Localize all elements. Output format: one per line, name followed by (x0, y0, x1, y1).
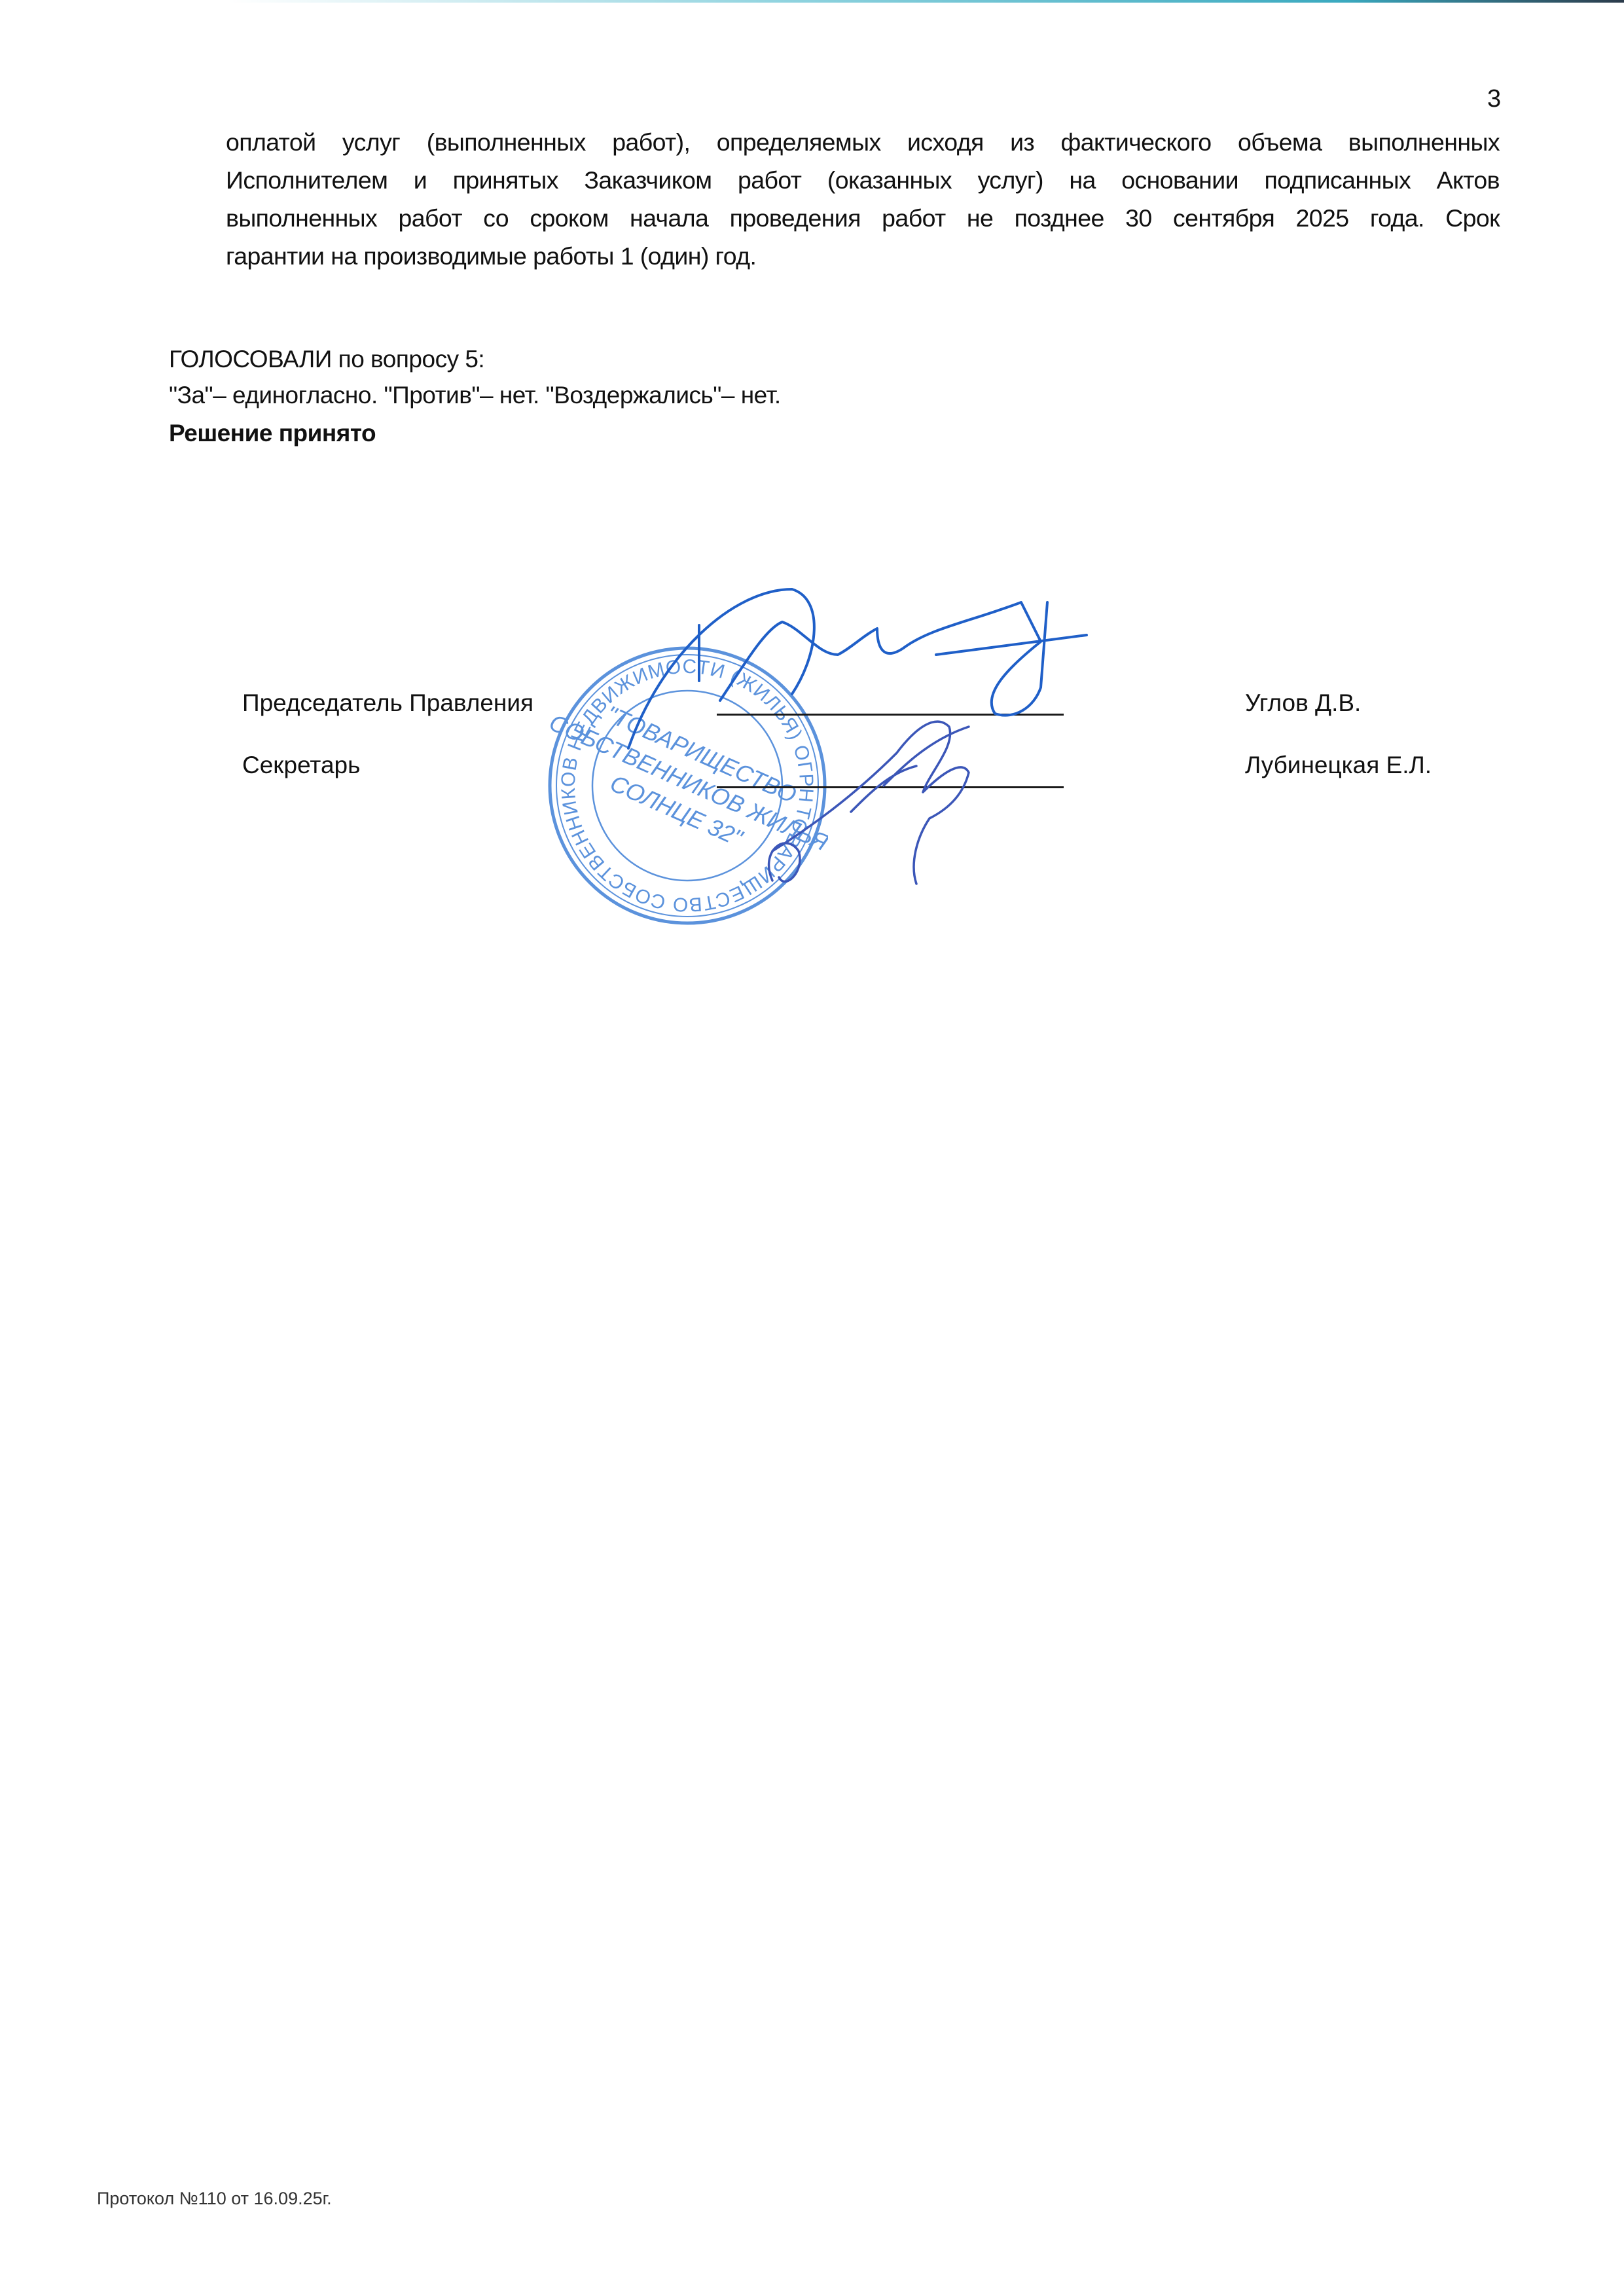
decision-text: Решение принято (169, 421, 376, 445)
footer-protocol-reference: Протокол №110 от 16.09.25г. (97, 2190, 332, 2208)
voting-title: ГОЛОСОВАЛИ по вопросу 5: (169, 347, 484, 371)
body-paragraph: оплатой услуг (выполненных работ), опред… (226, 123, 1500, 275)
secretary-role: Секретарь (242, 753, 360, 777)
paragraph-line: Исполнителем и принятых Заказчиком работ… (226, 161, 1500, 199)
handwritten-signatures (0, 0, 1624, 2296)
organization-stamp: ТОВАРИЩЕСТВО СОБСТВЕННИКОВ НЕДВИЖИМОСТИ … (547, 645, 828, 926)
chairman-role: Председатель Правления (242, 691, 533, 715)
secretary-signature-line (717, 786, 1064, 788)
voting-result: "За"– единогласно. "Против"– нет. "Возде… (169, 383, 781, 407)
chairman-signature-line (717, 714, 1064, 716)
secretary-name: Лубинецкая Е.Л. (1245, 753, 1432, 777)
scan-edge-artifact (229, 0, 1624, 3)
chairman-name: Углов Д.В. (1245, 691, 1361, 715)
paragraph-line: гарантии на производимые работы 1 (один)… (226, 237, 1500, 275)
paragraph-line: выполненных работ со сроком начала прове… (226, 199, 1500, 237)
paragraph-line: оплатой услуг (выполненных работ), опред… (226, 123, 1500, 161)
page-number: 3 (1487, 86, 1501, 111)
